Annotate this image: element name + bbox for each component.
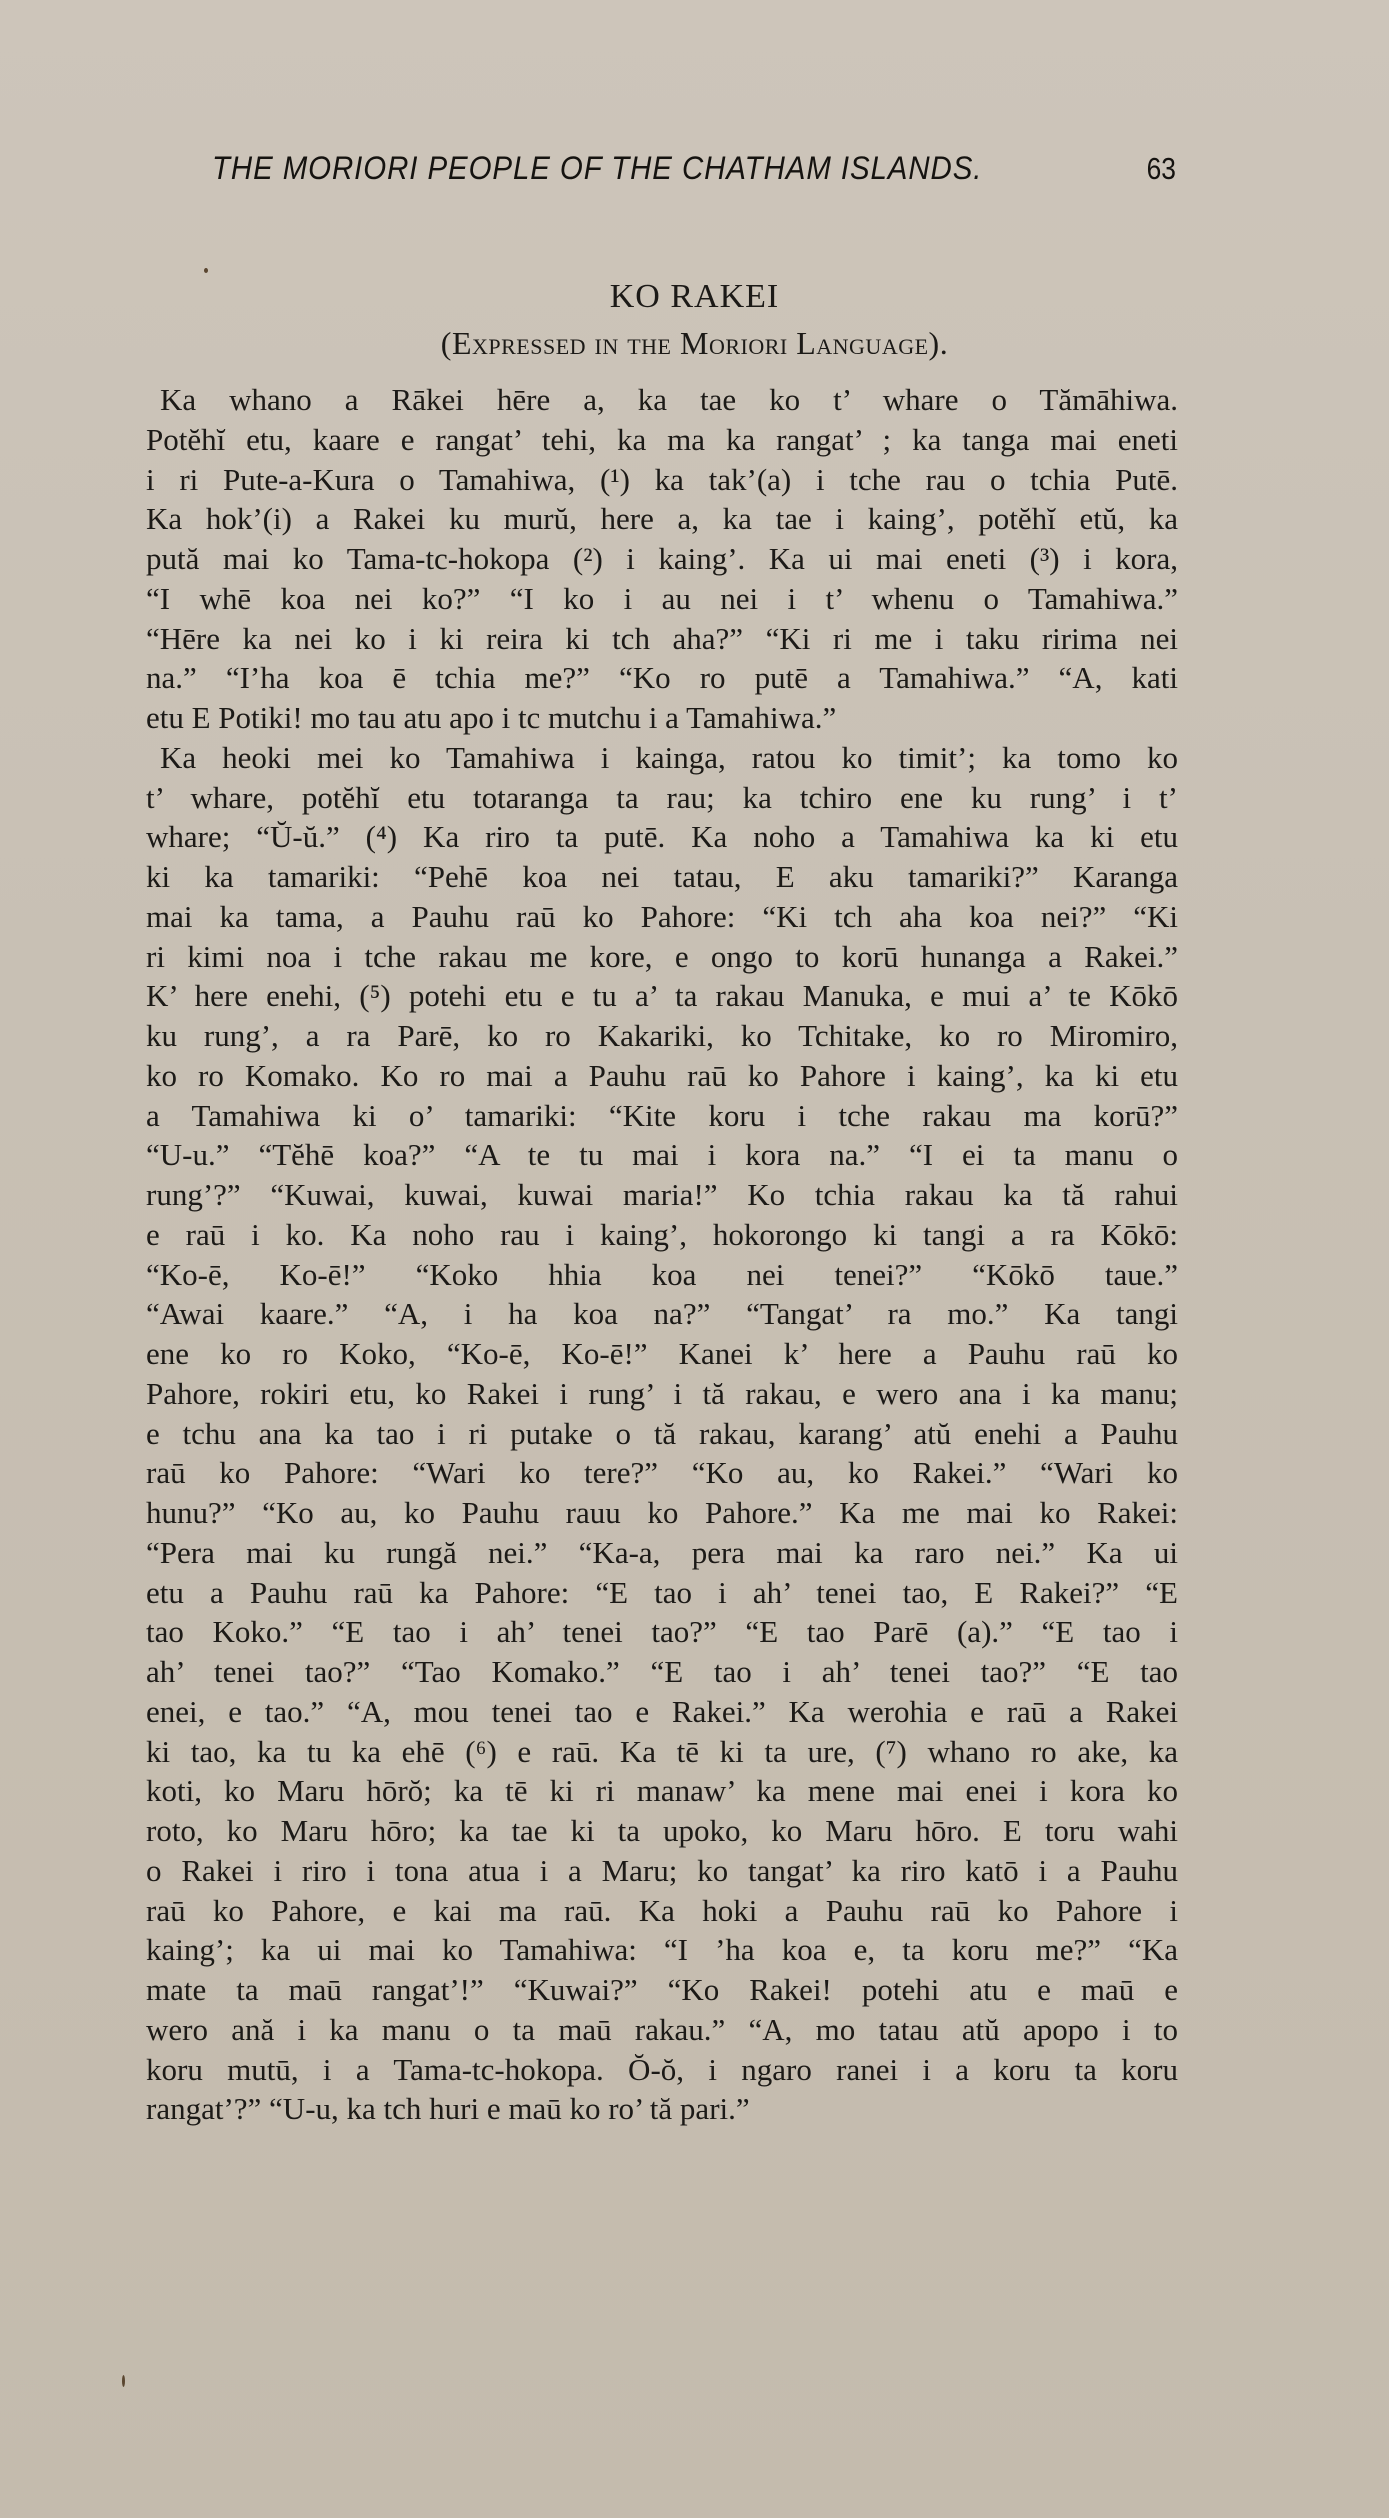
text-line: K’ here enehi, (⁵) potehi etu e tu a’ ta… <box>146 976 1178 1016</box>
text-line: pută mai ko Tama-tc-hokopa (²) i kaing’.… <box>146 539 1178 579</box>
text-line: ko ro Komako. Ko ro mai a Pauhu raū ko P… <box>146 1056 1178 1096</box>
text-line: “U-u.” “Tĕhē koa?” “A te tu mai i kora n… <box>146 1135 1178 1175</box>
text-line: “Awai kaare.” “A, i ha koa na?” “Tangat’… <box>146 1294 1178 1334</box>
text-line: etu E Potiki! mo tau atu apo i tc mutchu… <box>146 698 1178 738</box>
paper-speck <box>204 268 208 273</box>
text-line: raū ko Pahore: “Wari ko tere?” “Ko au, k… <box>146 1453 1178 1493</box>
text-line: t’ whare, potĕhĭ etu totaranga ta rau; k… <box>146 778 1178 818</box>
text-line: koru mutū, i a Tama-tc-hokopa. Ŏ-ŏ, i ng… <box>146 2050 1178 2090</box>
text-line: Ka hok’(i) a Rakei ku murŭ, here a, ka t… <box>146 499 1178 539</box>
text-line: Potĕhĭ etu, kaare e rangat’ tehi, ka ma … <box>146 420 1178 460</box>
text-line: kaing’; ka ui mai ko Tamahiwa: “I ’ha ko… <box>146 1930 1178 1970</box>
body-text: Ka whano a Rākei hēre a, ka tae ko t’ wh… <box>146 380 1178 2129</box>
text-line: e tchu ana ka tao i ri putake o tă rakau… <box>146 1414 1178 1454</box>
section-title: KO RAKEI <box>0 278 1389 316</box>
book-page: THE MORIORI PEOPLE OF THE CHATHAM ISLAND… <box>0 0 1389 2518</box>
page-number: 63 <box>1146 151 1175 187</box>
text-line: ri kimi noa i tche rakau me kore, e ongo… <box>146 937 1178 977</box>
text-line: “I whē koa nei ko?” “I ko i au nei i t’ … <box>146 579 1178 619</box>
text-line: rangat’?” “U-u, ka tch huri e maū ko ro’… <box>146 2089 1178 2129</box>
text-line: hunu?” “Ko au, ko Pauhu rauu ko Pahore.”… <box>146 1493 1178 1533</box>
text-line: Ka whano a Rākei hēre a, ka tae ko t’ wh… <box>146 380 1178 420</box>
text-line: whare; “Ŭ-ŭ.” (⁴) Ka riro ta putē. Ka no… <box>146 817 1178 857</box>
text-line: “Ko-ē, Ko-ē!” “Koko hhia koa nei tenei?”… <box>146 1255 1178 1295</box>
text-line: na.” “I’ha koa ē tchia me?” “Ko ro putē … <box>146 658 1178 698</box>
text-line: a Tamahiwa ki o’ tamariki: “Kite koru i … <box>146 1096 1178 1136</box>
text-line: “Hēre ka nei ko i ki reira ki tch aha?” … <box>146 619 1178 659</box>
text-line: ku rung’, a ra Parē, ko ro Kakariki, ko … <box>146 1016 1178 1056</box>
text-line: mai ka tama, a Pauhu raū ko Pahore: “Ki … <box>146 897 1178 937</box>
text-line: o Rakei i riro i tona atua i a Maru; ko … <box>146 1851 1178 1891</box>
text-line: ene ko ro Koko, “Ko-ē, Ko-ē!” Kanei k’ h… <box>146 1334 1178 1374</box>
running-head: THE MORIORI PEOPLE OF THE CHATHAM ISLAND… <box>212 150 1178 196</box>
text-line: wero ană i ka manu o ta maū rakau.” “A, … <box>146 2010 1178 2050</box>
text-line: Ka heoki mei ko Tamahiwa i kainga, ratou… <box>146 738 1178 778</box>
text-line: rung’?” “Kuwai, kuwai, kuwai maria!” Ko … <box>146 1175 1178 1215</box>
text-line: mate ta maū rangat’!” “Kuwai?” “Ko Rakei… <box>146 1970 1178 2010</box>
text-line: koti, ko Maru hōrŏ; ka tē ki ri manaw’ k… <box>146 1771 1178 1811</box>
text-line: etu a Pauhu raū ka Pahore: “E tao i ah’ … <box>146 1573 1178 1613</box>
text-line: e raū i ko. Ka noho rau i kaing’, hokoro… <box>146 1215 1178 1255</box>
paper-speck <box>122 2375 125 2387</box>
text-line: raū ko Pahore, e kai ma raū. Ka hoki a P… <box>146 1891 1178 1931</box>
section-subtitle: (Expressed in the Moriori Language). <box>0 325 1389 362</box>
text-line: tao Koko.” “E tao i ah’ tenei tao?” “E t… <box>146 1612 1178 1652</box>
text-line: “Pera mai ku rungă nei.” “Ka-a, pera mai… <box>146 1533 1178 1573</box>
text-line: i ri Pute-a-Kura o Tamahiwa, (¹) ka tak’… <box>146 460 1178 500</box>
text-line: ah’ tenei tao?” “Tao Komako.” “E tao i a… <box>146 1652 1178 1692</box>
running-title: THE MORIORI PEOPLE OF THE CHATHAM ISLAND… <box>212 150 982 187</box>
text-line: Pahore, rokiri etu, ko Rakei i rung’ i t… <box>146 1374 1178 1414</box>
text-line: enei, e tao.” “A, mou tenei tao e Rakei.… <box>146 1692 1178 1732</box>
text-line: ki tao, ka tu ka ehē (⁶) e raū. Ka tē ki… <box>146 1732 1178 1772</box>
text-line: roto, ko Maru hōro; ka tae ki ta upoko, … <box>146 1811 1178 1851</box>
text-line: ki ka tamariki: “Pehē koa nei tatau, E a… <box>146 857 1178 897</box>
